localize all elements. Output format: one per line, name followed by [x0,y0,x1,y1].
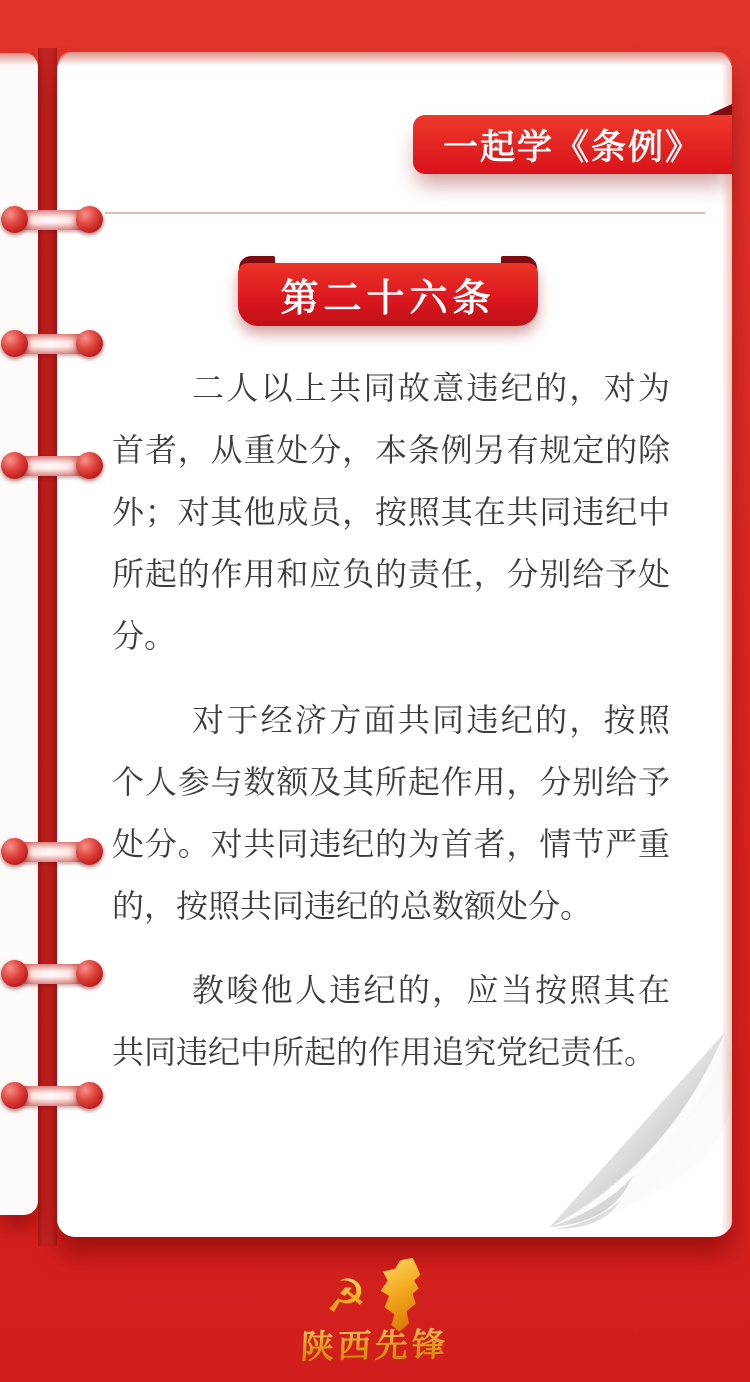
footer-logo: ☭ 陕西先锋 [0,1262,750,1372]
ring-knob-right [76,838,103,865]
page-top-edge [57,52,732,66]
binder-ring [1,452,103,480]
binder-ring [1,206,103,234]
binder-ring [1,960,103,988]
header-badge-label: 一起学《条例》 [443,120,702,170]
header-badge: 一起学《条例》 [413,115,732,174]
ring-knob-right [76,452,103,479]
poster-background: 一起学《条例》 第二十六条 二人以上共同故意违纪的，对为首者，从重处分，本条例另… [0,0,750,1382]
notebook-page: 一起学《条例》 第二十六条 二人以上共同故意违纪的，对为首者，从重处分，本条例另… [57,52,732,1237]
ring-knob-right [76,1082,103,1109]
paragraph: 对于经济方面共同违纪的，按照个人参与数额及其所起作用，分别给予处分。对共同违纪的… [112,689,670,937]
binder-ring [1,838,103,866]
ring-knob-left [1,960,28,987]
ring-knob-right [76,330,103,357]
ring-knob-left [1,1082,28,1109]
logo-art: ☭ [310,1262,440,1326]
article-body: 二人以上共同故意违纪的，对为首者，从重处分，本条例另有规定的除外；对其他成员，按… [112,357,670,1105]
ring-knob-left [1,330,28,357]
article-title-face: 第二十六条 [238,263,538,326]
divider-line [105,212,705,214]
binder-ring [1,330,103,358]
ring-knob-right [76,960,103,987]
binder-ring [1,1082,103,1110]
ring-knob-right [76,206,103,233]
ring-knob-left [1,838,28,865]
page-curl [541,1030,731,1236]
article-title-badge: 第二十六条 [238,263,538,326]
paragraph: 二人以上共同故意违纪的，对为首者，从重处分，本条例另有规定的除外；对其他成员，按… [112,357,670,667]
article-title-label: 第二十六条 [280,267,495,322]
ring-knob-left [1,206,28,233]
logo-wordmark: 陕西先锋 [300,1319,451,1369]
ring-knob-left [1,452,28,479]
